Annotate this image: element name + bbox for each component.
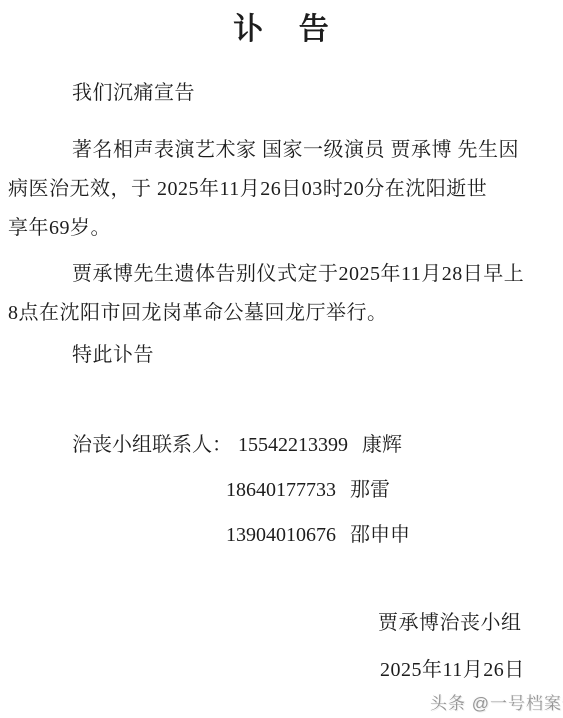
contacts-label: 治丧小组联系人： [72,434,232,457]
contact-name: 康辉 [362,434,402,457]
paragraph1-line2: 病医治无效，于 2025年11月26日03时20分在沈阳逝世 [8,178,487,201]
paragraph1-line3: 享年69岁。 [8,217,111,240]
closing-line: 特此讣告 [72,344,154,367]
document-title: 讣 告 [0,13,563,46]
contact-phone: 13904010676 [226,524,336,547]
toutiao-watermark: 头条 @一号档案馆 [430,689,563,714]
paragraph1-line1: 著名相声表演艺术家 国家一级演员 贾承博 先生因 [72,139,519,162]
contact-row-3: 13904010676 邵申申 [226,524,410,547]
contact-phone: 15542213399 [238,434,348,457]
intro-line: 我们沉痛宣告 [72,82,195,105]
date-line: 2025年11月26日 [380,659,525,682]
contact-name: 那雷 [350,479,390,502]
paragraph2-line2: 8点在沈阳市回龙岗革命公墓回龙厅举行。 [8,302,388,325]
paragraph2-line1: 贾承博先生遗体告别仪式定于2025年11月28日早上 [72,263,524,286]
contact-row-2: 18640177733 那雷 [226,479,390,502]
contact-row-1: 治丧小组联系人： 15542213399 康辉 [72,434,402,457]
obituary-document: 讣 告 我们沉痛宣告 著名相声表演艺术家 国家一级演员 贾承博 先生因 病医治无… [0,0,563,718]
contact-phone: 18640177733 [226,479,336,502]
contact-name: 邵申申 [350,524,410,547]
signature-line: 贾承博治丧小组 [378,612,522,635]
